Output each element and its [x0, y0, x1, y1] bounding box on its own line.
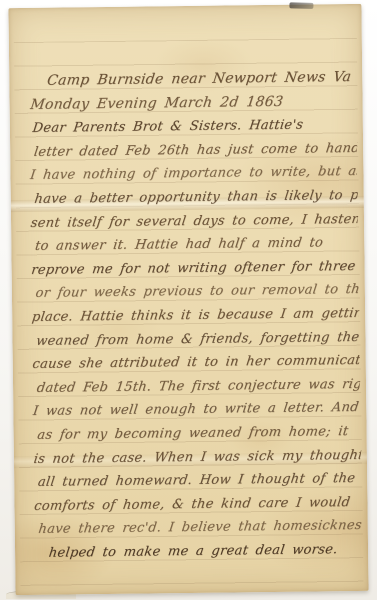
letter-line: as for my becoming weaned from home; it	[28, 420, 362, 448]
letter-line: have a better opportunity than is likely…	[25, 184, 359, 212]
letter-line-closing: helped to make me a great deal worse.	[29, 538, 363, 566]
letter-body: Camp Burnside near Newport News Va Monda…	[23, 66, 360, 565]
letter-paper: Camp Burnside near Newport News Va Monda…	[8, 4, 368, 595]
pencil-smudge-mark	[289, 2, 313, 9]
letter-line: place. Hattie thinks it is because I am …	[26, 302, 360, 330]
letter-line-place-date: Camp Burnside near Newport News Va	[23, 66, 357, 94]
scanned-letter-page: Camp Burnside near Newport News Va Monda…	[0, 0, 377, 600]
